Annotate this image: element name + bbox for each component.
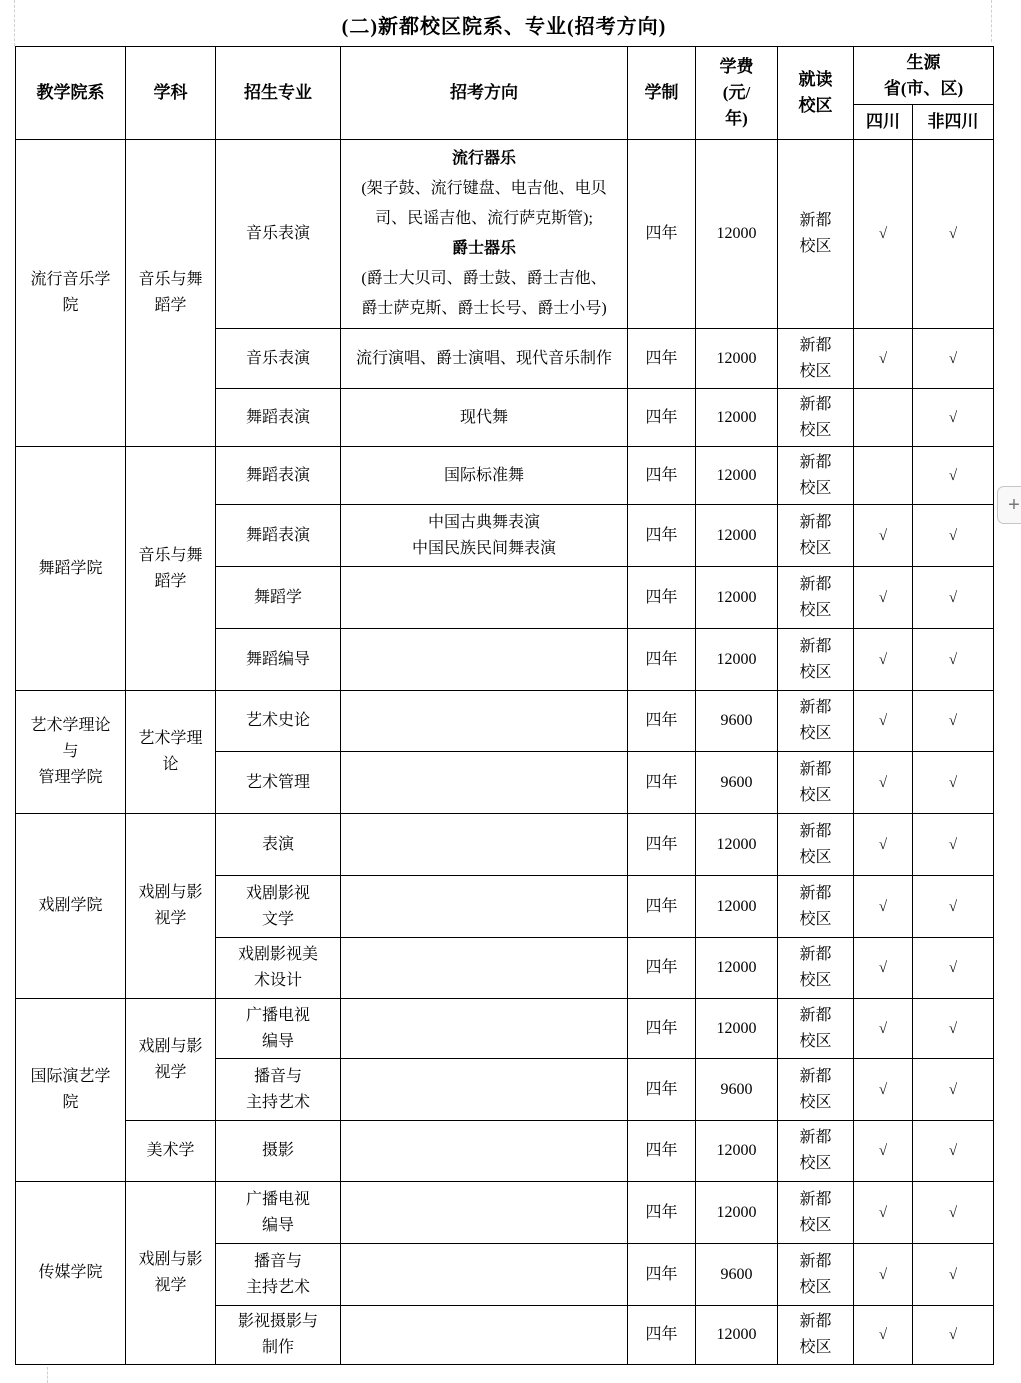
direction-cell: 国际标准舞: [341, 447, 628, 505]
duration-cell: 四年: [628, 1121, 696, 1182]
direction-cell: [341, 876, 628, 938]
table-row: 国际演艺学院戏剧与影视学广播电视编导四年12000新都校区√√: [16, 999, 994, 1059]
discipline-cell: 美术学: [126, 1121, 216, 1182]
sichuan-checkmark-cell: √: [854, 691, 913, 752]
non-sichuan-checkmark-cell: √: [913, 1244, 994, 1306]
direction-cell: [341, 1244, 628, 1306]
direction-text-line: 中国古典舞表演: [344, 510, 624, 536]
tuition-cell: 12000: [696, 505, 778, 567]
duration-cell: 四年: [628, 752, 696, 814]
header-sichuan: 四川: [854, 105, 913, 140]
header-non-sichuan: 非四川: [913, 105, 994, 140]
page-margin-guide-top-left: [14, 0, 15, 46]
major-cell: 播音与主持艺术: [216, 1059, 341, 1121]
tuition-cell: 12000: [696, 629, 778, 691]
campus-cell: 新都校区: [778, 505, 854, 567]
direction-cell: [341, 938, 628, 999]
discipline-cell: 戏剧与影视学: [126, 999, 216, 1121]
discipline-cell: 戏剧与影视学: [126, 1182, 216, 1365]
tuition-cell: 12000: [696, 876, 778, 938]
sichuan-checkmark-cell: √: [854, 329, 913, 389]
discipline-cell: 戏剧与影视学: [126, 814, 216, 999]
discipline-cell: 音乐与舞蹈学: [126, 447, 216, 691]
major-cell: 表演: [216, 814, 341, 876]
non-sichuan-checkmark-cell: √: [913, 140, 994, 329]
direction-cell: 流行演唱、爵士演唱、现代音乐制作: [341, 329, 628, 389]
major-cell: 音乐表演: [216, 329, 341, 389]
major-cell: 音乐表演: [216, 140, 341, 329]
non-sichuan-checkmark-cell: √: [913, 389, 994, 447]
direction-heading-line: 流行器乐: [344, 144, 624, 174]
table-row: 戏剧学院戏剧与影视学表演四年12000新都校区√√: [16, 814, 994, 876]
department-cell: 传媒学院: [16, 1182, 126, 1365]
major-cell: 摄影: [216, 1121, 341, 1182]
discipline-cell: 音乐与舞蹈学: [126, 140, 216, 447]
direction-cell: [341, 814, 628, 876]
tuition-cell: 12000: [696, 999, 778, 1059]
zoom-in-button[interactable]: +: [997, 486, 1021, 524]
direction-cell: [341, 1121, 628, 1182]
non-sichuan-checkmark-cell: √: [913, 1182, 994, 1244]
duration-cell: 四年: [628, 1306, 696, 1365]
non-sichuan-checkmark-cell: √: [913, 329, 994, 389]
campus-cell: 新都校区: [778, 752, 854, 814]
major-cell: 广播电视编导: [216, 1182, 341, 1244]
sichuan-checkmark-cell: √: [854, 1059, 913, 1121]
header-campus: 就读校区: [778, 47, 854, 140]
campus-cell: 新都校区: [778, 938, 854, 999]
header-duration: 学制: [628, 47, 696, 140]
department-cell: 艺术学理论与管理学院: [16, 691, 126, 814]
campus-cell: 新都校区: [778, 447, 854, 505]
table-row: 传媒学院戏剧与影视学广播电视编导四年12000新都校区√√: [16, 1182, 994, 1244]
table-row: 流行音乐学院音乐与舞蹈学音乐表演流行器乐(架子鼓、流行键盘、电吉他、电贝司、民谣…: [16, 140, 994, 329]
tuition-cell: 12000: [696, 140, 778, 329]
major-cell: 影视摄影与制作: [216, 1306, 341, 1365]
duration-cell: 四年: [628, 629, 696, 691]
sichuan-checkmark-cell: √: [854, 752, 913, 814]
non-sichuan-checkmark-cell: √: [913, 999, 994, 1059]
duration-cell: 四年: [628, 447, 696, 505]
direction-cell: [341, 1306, 628, 1365]
sichuan-checkmark-cell: √: [854, 814, 913, 876]
tuition-cell: 12000: [696, 567, 778, 629]
department-cell: 舞蹈学院: [16, 447, 126, 691]
direction-cell: [341, 567, 628, 629]
campus-cell: 新都校区: [778, 389, 854, 447]
direction-text-line: 爵士萨克斯、爵士长号、爵士小号): [344, 294, 624, 324]
direction-text-line: (架子鼓、流行键盘、电吉他、电贝: [344, 174, 624, 204]
direction-text-line: 国际标准舞: [344, 463, 624, 489]
tuition-cell: 9600: [696, 691, 778, 752]
non-sichuan-checkmark-cell: √: [913, 876, 994, 938]
major-cell: 戏剧影视美术设计: [216, 938, 341, 999]
discipline-cell: 艺术学理论: [126, 691, 216, 814]
major-cell: 舞蹈学: [216, 567, 341, 629]
duration-cell: 四年: [628, 1059, 696, 1121]
tuition-cell: 12000: [696, 814, 778, 876]
sichuan-checkmark-cell: [854, 447, 913, 505]
sichuan-checkmark-cell: [854, 389, 913, 447]
direction-cell: 流行器乐(架子鼓、流行键盘、电吉他、电贝司、民谣吉他、流行萨克斯管);爵士器乐(…: [341, 140, 628, 329]
non-sichuan-checkmark-cell: √: [913, 629, 994, 691]
tuition-cell: 9600: [696, 1244, 778, 1306]
tuition-cell: 12000: [696, 938, 778, 999]
direction-cell: [341, 629, 628, 691]
sichuan-checkmark-cell: √: [854, 140, 913, 329]
department-cell: 戏剧学院: [16, 814, 126, 999]
major-cell: 艺术史论: [216, 691, 341, 752]
page-title: (二)新都校区院系、专业(招考方向): [15, 13, 993, 41]
direction-cell: 中国古典舞表演中国民族民间舞表演: [341, 505, 628, 567]
campus-cell: 新都校区: [778, 691, 854, 752]
campus-cell: 新都校区: [778, 1182, 854, 1244]
tuition-cell: 12000: [696, 1182, 778, 1244]
duration-cell: 四年: [628, 938, 696, 999]
sichuan-checkmark-cell: √: [854, 999, 913, 1059]
direction-text-line: 司、民谣吉他、流行萨克斯管);: [344, 204, 624, 234]
campus-cell: 新都校区: [778, 1244, 854, 1306]
admissions-table: 教学院系 学科 招生专业 招考方向 学制 学费(元/年) 就读校区 生源省(市、…: [15, 46, 994, 1365]
campus-cell: 新都校区: [778, 629, 854, 691]
sichuan-checkmark-cell: √: [854, 1182, 913, 1244]
non-sichuan-checkmark-cell: √: [913, 1306, 994, 1365]
direction-heading-line: 爵士器乐: [344, 234, 624, 264]
table-row: 舞蹈学院音乐与舞蹈学舞蹈表演国际标准舞四年12000新都校区√: [16, 447, 994, 505]
sichuan-checkmark-cell: √: [854, 1306, 913, 1365]
header-row-main: 教学院系 学科 招生专业 招考方向 学制 学费(元/年) 就读校区 生源省(市、…: [16, 47, 994, 105]
non-sichuan-checkmark-cell: √: [913, 938, 994, 999]
duration-cell: 四年: [628, 999, 696, 1059]
non-sichuan-checkmark-cell: √: [913, 814, 994, 876]
department-cell: 流行音乐学院: [16, 140, 126, 447]
tuition-cell: 12000: [696, 1306, 778, 1365]
duration-cell: 四年: [628, 691, 696, 752]
sichuan-checkmark-cell: √: [854, 938, 913, 999]
direction-cell: [341, 691, 628, 752]
sichuan-checkmark-cell: √: [854, 505, 913, 567]
sichuan-checkmark-cell: √: [854, 1121, 913, 1182]
page-margin-guide-bottom: [47, 1367, 48, 1383]
header-department: 教学院系: [16, 47, 126, 140]
tuition-cell: 12000: [696, 389, 778, 447]
sichuan-checkmark-cell: √: [854, 567, 913, 629]
direction-text-line: 流行演唱、爵士演唱、现代音乐制作: [344, 346, 624, 372]
duration-cell: 四年: [628, 1182, 696, 1244]
non-sichuan-checkmark-cell: √: [913, 752, 994, 814]
duration-cell: 四年: [628, 505, 696, 567]
tuition-cell: 12000: [696, 447, 778, 505]
document-page: { "page": { "title": "(二)新都校区院系、专业(招考方向)…: [0, 0, 1021, 1383]
direction-text-line: 现代舞: [344, 405, 624, 431]
major-cell: 广播电视编导: [216, 999, 341, 1059]
major-cell: 舞蹈表演: [216, 389, 341, 447]
direction-cell: [341, 999, 628, 1059]
campus-cell: 新都校区: [778, 140, 854, 329]
table-row: 艺术学理论与管理学院艺术学理论艺术史论四年9600新都校区√√: [16, 691, 994, 752]
sichuan-checkmark-cell: √: [854, 1244, 913, 1306]
campus-cell: 新都校区: [778, 814, 854, 876]
campus-cell: 新都校区: [778, 876, 854, 938]
campus-cell: 新都校区: [778, 329, 854, 389]
header-tuition: 学费(元/年): [696, 47, 778, 140]
duration-cell: 四年: [628, 329, 696, 389]
duration-cell: 四年: [628, 876, 696, 938]
non-sichuan-checkmark-cell: √: [913, 447, 994, 505]
major-cell: 戏剧影视文学: [216, 876, 341, 938]
non-sichuan-checkmark-cell: √: [913, 505, 994, 567]
campus-cell: 新都校区: [778, 999, 854, 1059]
header-direction: 招考方向: [341, 47, 628, 140]
duration-cell: 四年: [628, 389, 696, 447]
direction-cell: [341, 752, 628, 814]
department-cell: 国际演艺学院: [16, 999, 126, 1182]
non-sichuan-checkmark-cell: √: [913, 1059, 994, 1121]
tuition-cell: 12000: [696, 329, 778, 389]
tuition-cell: 9600: [696, 752, 778, 814]
direction-cell: 现代舞: [341, 389, 628, 447]
direction-cell: [341, 1182, 628, 1244]
campus-cell: 新都校区: [778, 1059, 854, 1121]
tuition-cell: 9600: [696, 1059, 778, 1121]
campus-cell: 新都校区: [778, 1121, 854, 1182]
table-row: 美术学摄影四年12000新都校区√√: [16, 1121, 994, 1182]
campus-cell: 新都校区: [778, 567, 854, 629]
duration-cell: 四年: [628, 140, 696, 329]
non-sichuan-checkmark-cell: √: [913, 1121, 994, 1182]
major-cell: 播音与主持艺术: [216, 1244, 341, 1306]
tuition-cell: 12000: [696, 1121, 778, 1182]
direction-cell: [341, 1059, 628, 1121]
direction-text-line: 中国民族民间舞表演: [344, 536, 624, 562]
non-sichuan-checkmark-cell: √: [913, 691, 994, 752]
non-sichuan-checkmark-cell: √: [913, 567, 994, 629]
campus-cell: 新都校区: [778, 1306, 854, 1365]
direction-text-line: (爵士大贝司、爵士鼓、爵士吉他、: [344, 264, 624, 294]
duration-cell: 四年: [628, 567, 696, 629]
header-major: 招生专业: [216, 47, 341, 140]
major-cell: 舞蹈表演: [216, 447, 341, 505]
duration-cell: 四年: [628, 1244, 696, 1306]
major-cell: 舞蹈编导: [216, 629, 341, 691]
header-origin-province: 生源省(市、区): [854, 47, 994, 105]
page-margin-guide-top-right: [991, 0, 992, 42]
sichuan-checkmark-cell: √: [854, 876, 913, 938]
header-discipline: 学科: [126, 47, 216, 140]
sichuan-checkmark-cell: √: [854, 629, 913, 691]
duration-cell: 四年: [628, 814, 696, 876]
major-cell: 艺术管理: [216, 752, 341, 814]
major-cell: 舞蹈表演: [216, 505, 341, 567]
